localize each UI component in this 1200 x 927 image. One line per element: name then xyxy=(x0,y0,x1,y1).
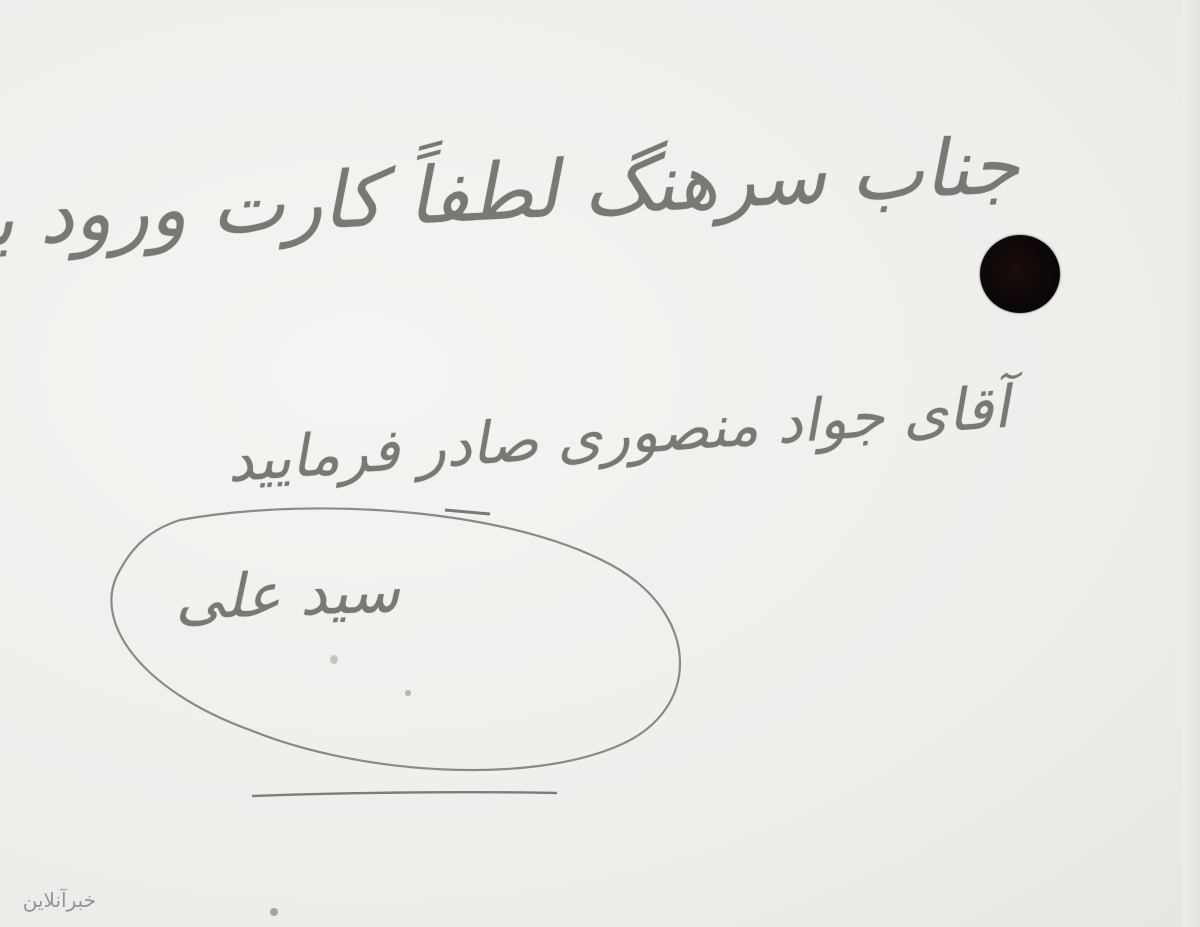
signature: سید علی xyxy=(174,556,401,634)
paper-stain xyxy=(405,690,411,696)
watermark-logo: خبرآنلاین xyxy=(6,888,96,918)
punch-hole xyxy=(980,235,1060,313)
paper-stain xyxy=(270,908,278,916)
paper-edge xyxy=(1182,0,1200,927)
signature-oval xyxy=(100,500,696,775)
paper-stain xyxy=(330,655,338,664)
signature-underline xyxy=(252,789,557,799)
